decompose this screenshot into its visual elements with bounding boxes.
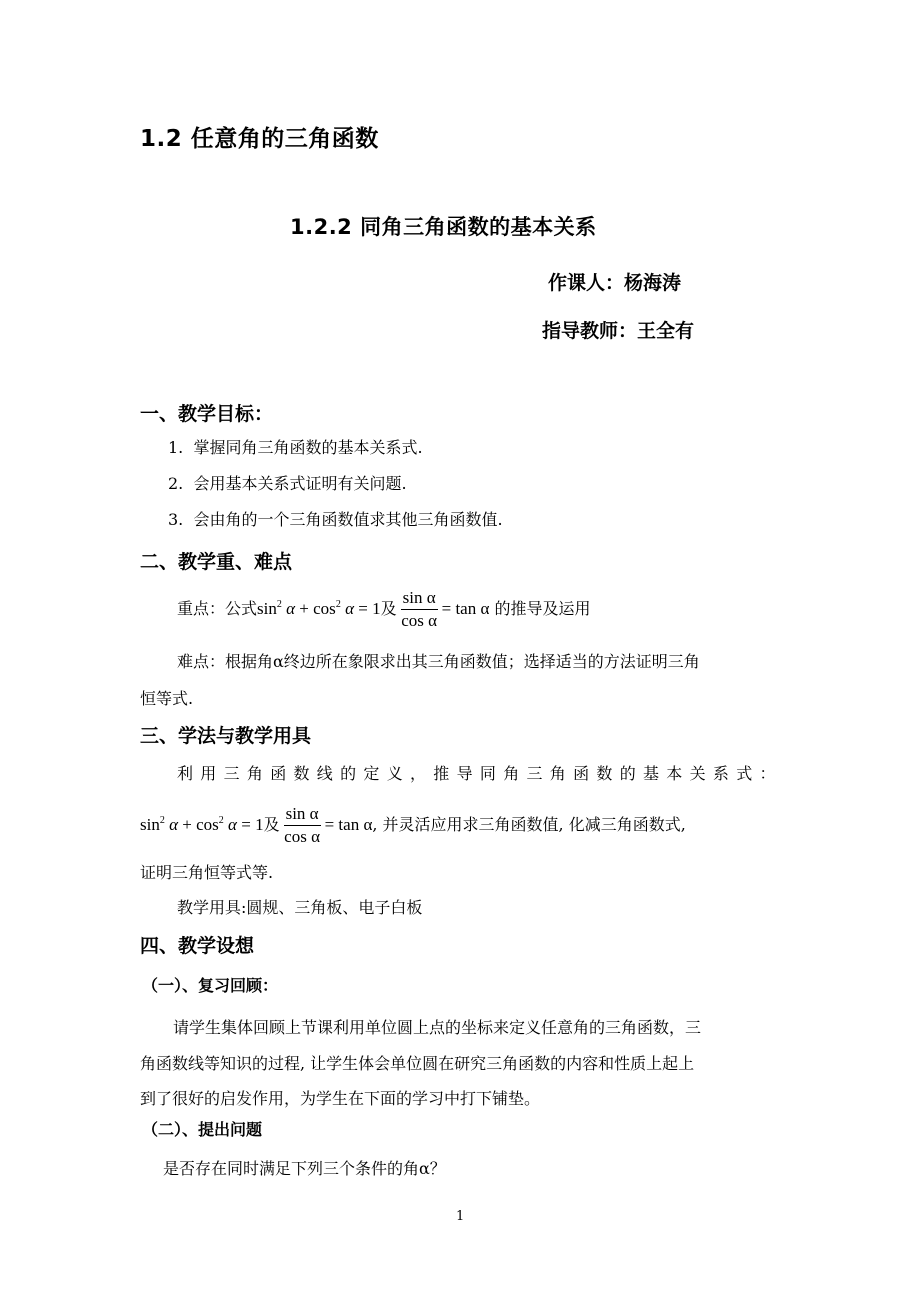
page-number: 1 — [456, 1209, 464, 1224]
review-paragraph-line: 角函数线等知识的过程, 让学生体会单位圆在研究三角函数的内容和性质上起上 — [140, 1053, 694, 1075]
goal-item: 1. 掌握同角三角函数的基本关系式. — [168, 437, 423, 459]
key-point-line: 重点：公式sin2 α + cos2 α = 1及sin αcos α= tan… — [177, 588, 590, 631]
difficult-point-line2: 恒等式. — [140, 688, 193, 710]
methods-paragraph-line3: 证明三角恒等式等. — [140, 862, 273, 884]
lesson-title: 1.2.2 同角三角函数的基本关系 — [290, 211, 597, 241]
section-heading-goals: 一、教学目标： — [140, 399, 273, 426]
methods-paragraph-line2: sin2 α + cos2 α = 1及sin αcos α= tan α, 并… — [140, 804, 686, 847]
methods-paragraph-line1: 利用三角函数线的定义，推导同角三角函数的基本关系式： — [177, 763, 783, 785]
section-heading-design: 四、教学设想 — [140, 931, 254, 958]
key-label: 重点：公式 — [177, 599, 257, 618]
goal-text: 会用基本关系式证明有关问题. — [193, 474, 406, 493]
formula-tan: = tan α — [325, 815, 373, 834]
formula-pythagorean: sin2 α + cos2 α = 1 — [257, 599, 381, 618]
teaching-tools: 教学用具:圆规、三角板、电子白板 — [177, 897, 422, 919]
chapter-title: 1.2 任意角的三角函数 — [140, 120, 379, 153]
key-suffix: 的推导及运用 — [494, 599, 590, 618]
formula-pythagorean: sin2 α + cos2 α = 1 — [140, 815, 264, 834]
review-paragraph-line: 到了很好的启发作用，为学生在下面的学习中打下铺垫。 — [140, 1088, 540, 1110]
goal-text: 会由角的一个三角函数值求其他三角函数值. — [193, 510, 502, 529]
formula-fraction: sin αcos α — [401, 588, 438, 631]
difficult-point-line1: 难点：根据角α终边所在象限求出其三角函数值；选择适当的方法证明三角 — [177, 651, 700, 673]
subsection-heading-review: （一）、复习回顾： — [142, 973, 278, 996]
goal-item: 3. 会由角的一个三角函数值求其他三角函数值. — [168, 509, 503, 531]
formula-fraction: sin αcos α — [284, 804, 321, 847]
goal-item: 2. 会用基本关系式证明有关问题. — [168, 473, 407, 495]
section-heading-methods: 三、学法与教学用具 — [140, 721, 311, 748]
goal-text: 掌握同角三角函数的基本关系式. — [193, 438, 422, 457]
goal-number: 2. — [168, 474, 183, 493]
goal-number: 3. — [168, 510, 183, 529]
methods-paragraph-suffix: , 并灵活应用求三角函数值, 化减三角函数式, — [372, 815, 685, 834]
question-text: 是否存在同时满足下列三个条件的角α？ — [163, 1158, 446, 1180]
goal-number: 1. — [168, 438, 183, 457]
formula-tan: = tan α — [442, 599, 490, 618]
section-heading-key-points: 二、教学重、难点 — [140, 547, 292, 574]
advisor-line: 指导教师：王全有 — [542, 316, 694, 343]
document-page: 1.2 任意角的三角函数 1.2.2 同角三角函数的基本关系 作课人：杨海涛 指… — [0, 0, 920, 1302]
author-line: 作课人：杨海涛 — [548, 268, 681, 295]
review-paragraph-line: 请学生集体回顾上节课利用单位圆上点的坐标来定义任意角的三角函数，三 — [173, 1017, 701, 1039]
subsection-heading-question: （二）、提出问题 — [142, 1117, 262, 1140]
